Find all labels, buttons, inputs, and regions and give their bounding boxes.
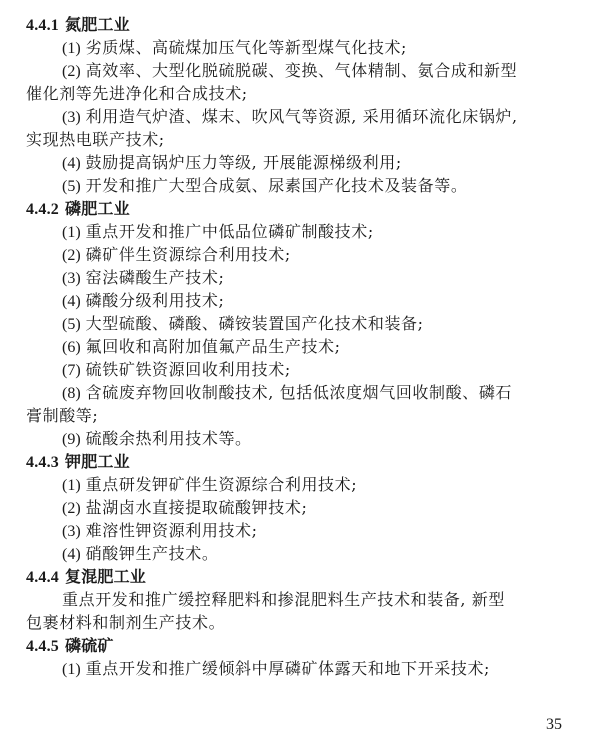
section-number: 4.4.3 bbox=[26, 454, 59, 471]
item-marker: (3) bbox=[62, 109, 81, 126]
list-item: (2)盐湖卤水直接提取硫酸钾技术; bbox=[26, 496, 566, 519]
item-text: 实现热电联产技术; bbox=[26, 130, 165, 149]
list-item: (3)难溶性钾资源利用技术; bbox=[26, 519, 566, 542]
list-item: (2)高效率、大型化脱硫脱碳、变换、气体精制、氨合成和新型 bbox=[26, 59, 566, 82]
item-text: 含硫废弃物回收制酸技术, 包括低浓度烟气回收制酸、磷石 bbox=[86, 383, 512, 402]
item-marker: (5) bbox=[62, 178, 81, 195]
list-item: (3)利用造气炉渣、煤末、吹风气等资源, 采用循环流化床锅炉, bbox=[26, 105, 566, 128]
item-text: 盐湖卤水直接提取硫酸钾技术; bbox=[86, 498, 308, 517]
paragraph-line: 重点开发和推广缓控释肥料和掺混肥料生产技术和装备, 新型 bbox=[26, 588, 566, 611]
section-number: 4.4.1 bbox=[26, 17, 59, 34]
section-title: 磷肥工业 bbox=[65, 199, 130, 218]
item-text: 氟回收和高附加值氟产品生产技术; bbox=[86, 337, 341, 356]
section-number: 4.4.5 bbox=[26, 638, 59, 655]
item-text: 大型硫酸、磷酸、磷铵装置国产化技术和装备; bbox=[86, 314, 424, 333]
paragraph-text: 包裹材料和制剂生产技术。 bbox=[26, 613, 225, 632]
section-title: 磷硫矿 bbox=[65, 636, 114, 655]
item-text: 硝酸钾生产技术。 bbox=[86, 544, 219, 563]
paragraph-continuation: 包裹材料和制剂生产技术。 bbox=[26, 611, 566, 634]
item-marker: (5) bbox=[62, 316, 81, 333]
page-number: 35 bbox=[546, 716, 562, 734]
item-text: 磷酸分级利用技术; bbox=[86, 291, 225, 310]
item-text: 重点研发钾矿伴生资源综合利用技术; bbox=[86, 475, 358, 494]
item-text: 膏制酸等; bbox=[26, 406, 98, 425]
item-marker: (8) bbox=[62, 385, 81, 402]
item-text: 磷矿伴生资源综合利用技术; bbox=[86, 245, 291, 264]
item-text: 开发和推广大型合成氨、尿素国产化技术及装备等。 bbox=[86, 176, 468, 195]
item-text: 硫酸余热利用技术等。 bbox=[86, 429, 252, 448]
paragraph-text: 重点开发和推广缓控释肥料和掺混肥料生产技术和装备, 新型 bbox=[62, 590, 505, 609]
section-title: 钾肥工业 bbox=[65, 452, 130, 471]
item-marker: (6) bbox=[62, 339, 81, 356]
item-text: 鼓励提高锅炉压力等级, 开展能源梯级利用; bbox=[86, 153, 402, 172]
item-text: 催化剂等先进净化和合成技术; bbox=[26, 84, 248, 103]
item-text: 高效率、大型化脱硫脱碳、变换、气体精制、氨合成和新型 bbox=[86, 61, 518, 80]
section-title: 复混肥工业 bbox=[65, 567, 146, 586]
list-item: (4)硝酸钾生产技术。 bbox=[26, 542, 566, 565]
list-item: (1)重点开发和推广中低品位磷矿制酸技术; bbox=[26, 220, 566, 243]
list-item: (1)重点开发和推广缓倾斜中厚磷矿体露天和地下开采技术; bbox=[26, 657, 566, 680]
section-number: 4.4.4 bbox=[26, 569, 59, 586]
item-text: 硫铁矿铁资源回收利用技术; bbox=[86, 360, 291, 379]
section-heading: 4.4.1氮肥工业 bbox=[26, 13, 566, 36]
list-item: (4)磷酸分级利用技术; bbox=[26, 289, 566, 312]
item-marker: (2) bbox=[62, 63, 81, 80]
item-marker: (3) bbox=[62, 270, 81, 287]
section-number: 4.4.2 bbox=[26, 201, 59, 218]
item-marker: (3) bbox=[62, 523, 81, 540]
list-item: (8)含硫废弃物回收制酸技术, 包括低浓度烟气回收制酸、磷石 bbox=[26, 381, 566, 404]
item-text: 窑法磷酸生产技术; bbox=[86, 268, 225, 287]
item-marker: (1) bbox=[62, 40, 81, 57]
section-heading: 4.4.5磷硫矿 bbox=[26, 634, 566, 657]
item-marker: (2) bbox=[62, 500, 81, 517]
list-item: (5)开发和推广大型合成氨、尿素国产化技术及装备等。 bbox=[26, 174, 566, 197]
list-item: (1)重点研发钾矿伴生资源综合利用技术; bbox=[26, 473, 566, 496]
item-text: 重点开发和推广缓倾斜中厚磷矿体露天和地下开采技术; bbox=[86, 659, 490, 678]
list-item: (5)大型硫酸、磷酸、磷铵装置国产化技术和装备; bbox=[26, 312, 566, 335]
list-item: (1)劣质煤、高硫煤加压气化等新型煤气化技术; bbox=[26, 36, 566, 59]
list-item: (2)磷矿伴生资源综合利用技术; bbox=[26, 243, 566, 266]
section-title: 氮肥工业 bbox=[65, 15, 130, 34]
section-heading: 4.4.4复混肥工业 bbox=[26, 565, 566, 588]
document-page: 4.4.1氮肥工业 (1)劣质煤、高硫煤加压气化等新型煤气化技术; (2)高效率… bbox=[26, 13, 566, 680]
item-text: 难溶性钾资源利用技术; bbox=[86, 521, 258, 540]
item-text: 重点开发和推广中低品位磷矿制酸技术; bbox=[86, 222, 374, 241]
list-item-continuation: 膏制酸等; bbox=[26, 404, 566, 427]
item-marker: (1) bbox=[62, 224, 81, 241]
item-marker: (4) bbox=[62, 155, 81, 172]
list-item: (4)鼓励提高锅炉压力等级, 开展能源梯级利用; bbox=[26, 151, 566, 174]
list-item: (3)窑法磷酸生产技术; bbox=[26, 266, 566, 289]
list-item: (7)硫铁矿铁资源回收利用技术; bbox=[26, 358, 566, 381]
item-marker: (4) bbox=[62, 546, 81, 563]
section-heading: 4.4.3钾肥工业 bbox=[26, 450, 566, 473]
item-marker: (2) bbox=[62, 247, 81, 264]
item-marker: (4) bbox=[62, 293, 81, 310]
item-text: 劣质煤、高硫煤加压气化等新型煤气化技术; bbox=[86, 38, 407, 57]
item-marker: (1) bbox=[62, 661, 81, 678]
item-marker: (7) bbox=[62, 362, 81, 379]
list-item-continuation: 实现热电联产技术; bbox=[26, 128, 566, 151]
item-marker: (1) bbox=[62, 477, 81, 494]
item-marker: (9) bbox=[62, 431, 81, 448]
section-heading: 4.4.2磷肥工业 bbox=[26, 197, 566, 220]
list-item-continuation: 催化剂等先进净化和合成技术; bbox=[26, 82, 566, 105]
item-text: 利用造气炉渣、煤末、吹风气等资源, 采用循环流化床锅炉, bbox=[86, 107, 518, 126]
list-item: (9)硫酸余热利用技术等。 bbox=[26, 427, 566, 450]
list-item: (6)氟回收和高附加值氟产品生产技术; bbox=[26, 335, 566, 358]
